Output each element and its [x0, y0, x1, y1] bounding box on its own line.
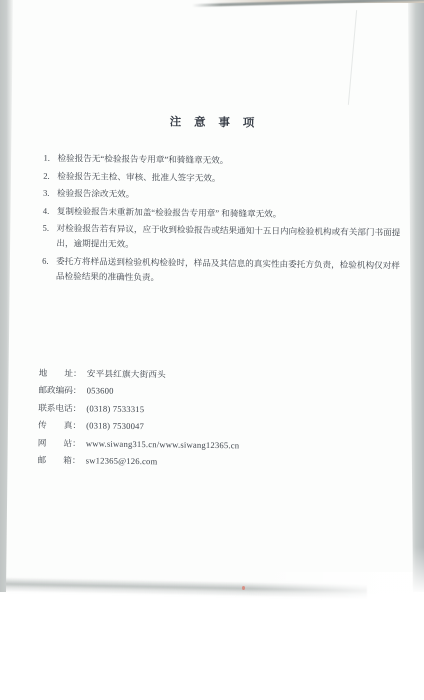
- page-title: 注 意 事 项: [0, 111, 424, 133]
- contact-value: (0318) 7533315: [86, 403, 144, 414]
- contact-row-fax: 传 真： (0318) 7530047: [38, 420, 420, 435]
- document-content: 注 意 事 项 1. 检验报告无“检验报告专用章”和骑缝章无效。 2. 检验报告…: [0, 0, 424, 477]
- note-number: 4.: [43, 203, 57, 218]
- note-text: 委托方将样品送到检验机构检验时，样品及其信息的真实性由委托方负责，检验机构仅对样…: [56, 253, 402, 288]
- contact-row-website: 网 站： www.siwang315.cn/www.siwang12365.cn: [38, 437, 420, 452]
- red-speck-artifact: [242, 586, 245, 590]
- scan-edge-bottom-fade: [250, 572, 424, 600]
- note-text: 检验报告无“检验报告专用章”和骑缝章无效。: [57, 151, 403, 171]
- note-item-5: 5. 对检验报告若有异议，应于收到检验报告或结果通知十五日内向检验机构或有关部门…: [42, 221, 404, 256]
- note-text: 检验报告涂改无效。: [57, 186, 403, 206]
- contact-value: 053600: [87, 385, 114, 395]
- note-item-2: 2. 检验报告无主检、审核、批准人签字无效。: [43, 168, 405, 188]
- note-text: 对检验报告若有异议，应于收到检验报告或结果通知十五日内向检验机构或有关部门书面提…: [56, 221, 402, 256]
- scan-background-below-paper: [0, 586, 424, 700]
- contact-value: www.siwang315.cn/www.siwang12365.cn: [86, 438, 240, 450]
- contact-row-postcode: 邮政编码： 053600: [38, 385, 420, 400]
- note-text: 复制检验报告未重新加盖“检验报告专用章” 和骑缝章无效。: [57, 203, 403, 223]
- note-number: 1.: [43, 151, 57, 166]
- contact-label: 邮政编码：: [38, 385, 84, 396]
- note-item-1: 1. 检验报告无“检验报告专用章”和骑缝章无效。: [43, 151, 405, 171]
- note-number: 6.: [42, 253, 56, 283]
- notes-list: 1. 检验报告无“检验报告专用章”和骑缝章无效。 2. 检验报告无主检、审核、批…: [42, 151, 406, 288]
- contact-label: 联系电话：: [38, 402, 84, 413]
- contact-block: 地 址： 安平县红旗大街西头 邮政编码： 053600 联系电话： (0318)…: [37, 367, 420, 469]
- contact-row-email: 邮 箱： sw12365@126.com: [37, 455, 419, 470]
- note-item-3: 3. 检验报告涂改无效。: [43, 186, 405, 206]
- note-number: 5.: [42, 221, 56, 251]
- contact-row-phone: 联系电话： (0318) 7533315: [38, 402, 420, 417]
- note-text: 检验报告无主检、审核、批准人签字无效。: [57, 168, 403, 188]
- contact-label: 传 真：: [38, 420, 84, 431]
- contact-value: 安平县红旗大街西头: [87, 368, 166, 379]
- contact-label: 网 站：: [38, 437, 84, 448]
- note-item-4: 4. 复制检验报告未重新加盖“检验报告专用章” 和骑缝章无效。: [43, 203, 405, 223]
- contact-value: sw12365@126.com: [86, 455, 158, 466]
- note-number: 3.: [43, 186, 57, 201]
- note-item-6: 6. 委托方将样品送到检验机构检验时，样品及其信息的真实性由委托方负责，检验机构…: [42, 253, 404, 288]
- contact-value: (0318) 7530047: [86, 420, 144, 431]
- contact-row-address: 地 址： 安平县红旗大街西头: [39, 367, 421, 382]
- contact-label: 邮 箱：: [37, 455, 83, 466]
- contact-label: 地 址：: [39, 367, 85, 378]
- note-number: 2.: [43, 168, 57, 183]
- scanned-document-page: 注 意 事 项 1. 检验报告无“检验报告专用章”和骑缝章无效。 2. 检验报告…: [0, 0, 424, 700]
